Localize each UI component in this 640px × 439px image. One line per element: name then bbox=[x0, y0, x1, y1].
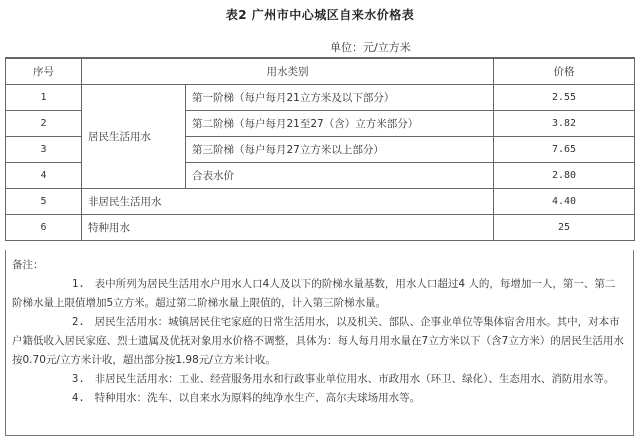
note-text: 居民生活用水：城镇居民住宅家庭的日常生活用水，以及机关、部队、企事业单位等集体宿… bbox=[12, 316, 624, 366]
row-category: 特种用水 bbox=[82, 214, 494, 240]
row-price: 3.82 bbox=[494, 110, 635, 136]
table-row: 6 特种用水 25 bbox=[6, 214, 635, 240]
row-price: 25 bbox=[494, 214, 635, 240]
row-price: 2.80 bbox=[494, 162, 635, 188]
row-seq: 2 bbox=[6, 110, 82, 136]
note-item: 2.居民生活用水：城镇居民住宅家庭的日常生活用水，以及机关、部队、企事业单位等集… bbox=[12, 313, 625, 370]
notes-label: 备注： bbox=[12, 256, 625, 275]
unit-label: 单位：元/立方米 bbox=[330, 39, 411, 55]
note-number: 1. bbox=[72, 278, 85, 290]
note-item: 1.表中所列为居民生活用水户用水人口4人及以下的阶梯水量基数，用水人口超过4 人… bbox=[12, 275, 625, 313]
note-text: 非居民生活用水：工业、经营服务用水和行政事业单位用水、市政用水（环卫、绿化）、生… bbox=[95, 373, 615, 385]
row-category: 第一阶梯（每户每月21立方米及以下部分） bbox=[186, 84, 494, 110]
row-seq: 1 bbox=[6, 84, 82, 110]
row-seq: 6 bbox=[6, 214, 82, 240]
table-row: 5 非居民生活用水 4.40 bbox=[6, 188, 635, 214]
table-row: 1 居民生活用水 第一阶梯（每户每月21立方米及以下部分） 2.55 bbox=[6, 84, 635, 110]
note-number: 2. bbox=[72, 316, 85, 328]
row-seq: 5 bbox=[6, 188, 82, 214]
row-seq: 4 bbox=[6, 162, 82, 188]
note-item: 4.特种用水：洗车、以自来水为原料的纯净水生产、高尔夫球场用水等。 bbox=[12, 389, 625, 408]
header-price: 价格 bbox=[494, 58, 635, 84]
row-seq: 3 bbox=[6, 136, 82, 162]
row-category: 非居民生活用水 bbox=[82, 188, 494, 214]
residential-group-cell: 居民生活用水 bbox=[82, 84, 186, 188]
note-item: 3.非居民生活用水：工业、经营服务用水和行政事业单位用水、市政用水（环卫、绿化）… bbox=[12, 370, 625, 389]
water-price-table: 序号 用水类别 价格 1 居民生活用水 第一阶梯（每户每月21立方米及以下部分）… bbox=[5, 57, 635, 241]
row-price: 4.40 bbox=[494, 188, 635, 214]
header-category: 用水类别 bbox=[82, 58, 494, 84]
row-price: 2.55 bbox=[494, 84, 635, 110]
note-number: 3. bbox=[72, 373, 85, 385]
row-category: 合表水价 bbox=[186, 162, 494, 188]
row-category: 第三阶梯（每户每月27立方米以上部分） bbox=[186, 136, 494, 162]
notes-section: 备注： 1.表中所列为居民生活用水户用水人口4人及以下的阶梯水量基数，用水人口超… bbox=[5, 250, 634, 436]
note-text: 特种用水：洗车、以自来水为原料的纯净水生产、高尔夫球场用水等。 bbox=[95, 392, 421, 404]
row-category: 第二阶梯（每户每月21至27（含）立方米部分） bbox=[186, 110, 494, 136]
note-number: 4. bbox=[72, 392, 85, 404]
header-seq: 序号 bbox=[6, 58, 82, 84]
table-title: 表2 广州市中心城区自来水价格表 bbox=[0, 6, 640, 23]
row-price: 7.65 bbox=[494, 136, 635, 162]
table-header-row: 序号 用水类别 价格 bbox=[6, 58, 635, 84]
note-text: 表中所列为居民生活用水户用水人口4人及以下的阶梯水量基数，用水人口超过4 人的，… bbox=[12, 278, 615, 309]
